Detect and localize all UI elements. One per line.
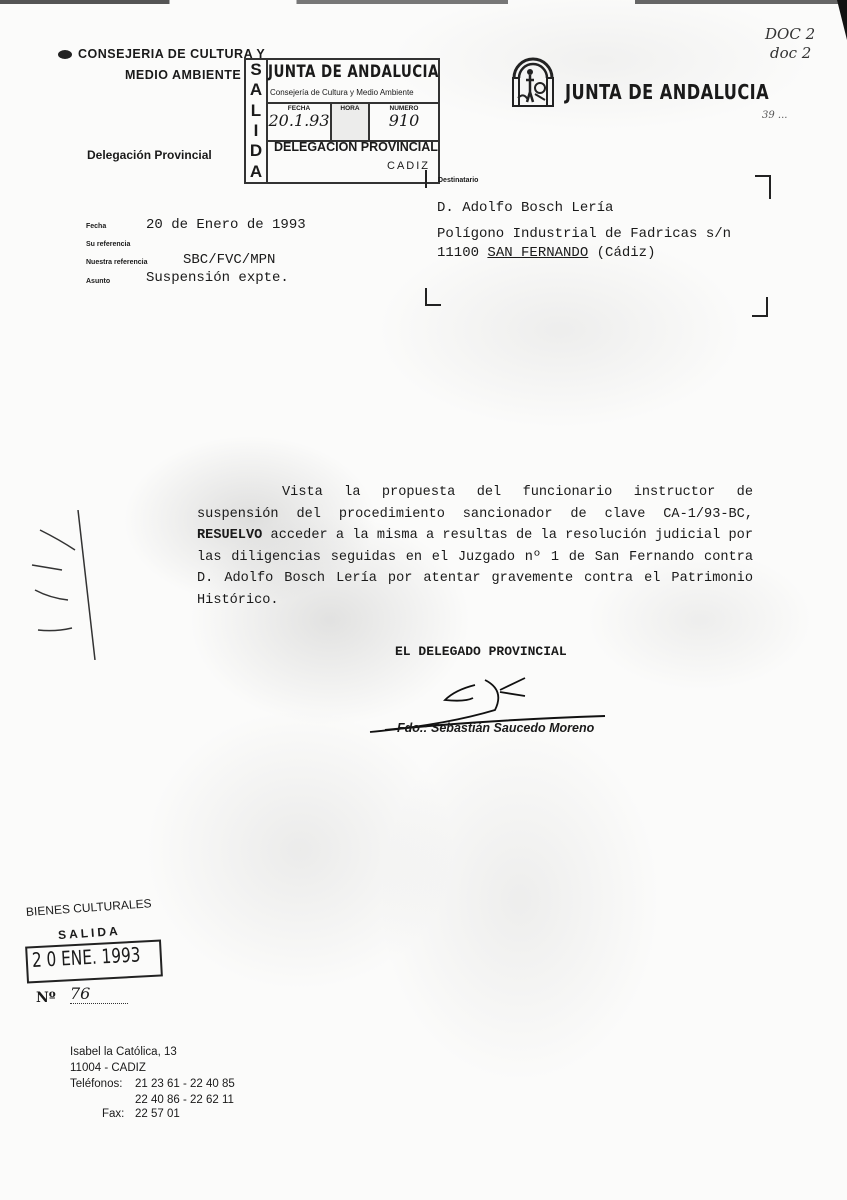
stamp-letter: I bbox=[254, 121, 259, 141]
our-reference-value: SBC/FVC/MPN bbox=[183, 252, 275, 268]
recipient-city-line: 11100 SAN FERNANDO (Cádiz) bbox=[437, 245, 655, 261]
registry-stamp-subtitle: SALIDA bbox=[58, 924, 121, 942]
stamp-letter: D bbox=[250, 141, 262, 161]
window-mark bbox=[425, 170, 427, 188]
scan-corner bbox=[837, 0, 847, 40]
recipient-province: (Cádiz) bbox=[597, 245, 656, 261]
our-reference-label: Nuestra referencia bbox=[86, 259, 147, 266]
body-text-end: acceder a la misma a resultas de la reso… bbox=[197, 528, 753, 608]
footer-phones-label: Teléfonos: bbox=[70, 1078, 122, 1090]
date-label: Fecha bbox=[86, 223, 106, 230]
ministry-text-1: CONSEJERIA DE CULTURA Y bbox=[78, 47, 265, 61]
brand-name: JUNTA DE ANDALUCIA bbox=[565, 80, 769, 104]
footer-phones-2: 22 40 86 - 22 62 11 bbox=[135, 1094, 234, 1106]
margin-scribble bbox=[20, 510, 100, 660]
ministry-line-1: CONSEJERIA DE CULTURA Y bbox=[58, 47, 265, 61]
stamp-field-numero: NUMERO 910 bbox=[370, 104, 438, 140]
footer-fax-label: Fax: bbox=[102, 1108, 124, 1120]
andalucia-coat-of-arms-icon bbox=[508, 44, 558, 110]
handwritten-note: doc 2 bbox=[770, 44, 811, 62]
postal-code: 11100 bbox=[437, 245, 479, 261]
stamp-letter: S bbox=[250, 60, 261, 80]
registry-number-label: Nº bbox=[36, 990, 56, 1006]
stamp-vertical-label: S A L I D A bbox=[246, 60, 268, 182]
handwritten-note: DOC 2 bbox=[765, 25, 815, 43]
field-label: HORA bbox=[332, 105, 368, 112]
recipient-address: Polígono Industrial de Fadricas s/n bbox=[437, 226, 731, 242]
body-paragraph: Vista la propuesta del funcionario instr… bbox=[197, 482, 753, 611]
scan-edge bbox=[0, 0, 847, 4]
registry-stamp-title: BIENES CULTURALES bbox=[26, 896, 152, 919]
stamp-city: CADIZ bbox=[387, 160, 430, 172]
stamp-fields: FECHA 20.1.93 HORA NUMERO 910 bbox=[268, 102, 438, 142]
signer-name: Fdo.: Sebastián Saucedo Moreno bbox=[397, 721, 594, 735]
footer-city: 11004 - CADIZ bbox=[70, 1062, 146, 1074]
window-mark bbox=[752, 297, 768, 317]
date-value: 20 de Enero de 1993 bbox=[146, 217, 306, 233]
registry-number-value: 76 bbox=[70, 984, 128, 1004]
signer-title: EL DELEGADO PROVINCIAL bbox=[395, 644, 567, 659]
window-mark bbox=[425, 288, 441, 306]
subject-value: Suspensión expte. bbox=[146, 270, 289, 286]
stamp-letter: L bbox=[251, 101, 261, 121]
field-value: 910 bbox=[370, 111, 438, 130]
office-name: Delegación Provincial bbox=[87, 148, 212, 162]
letter-body: Vista la propuesta del funcionario instr… bbox=[197, 482, 753, 611]
handwritten-note: 39 ... bbox=[762, 110, 787, 121]
recipient-label: Destinatario bbox=[438, 177, 478, 184]
body-text-start: Vista la propuesta del funcionario instr… bbox=[197, 485, 753, 522]
stamp-department: DELEGACION PROVINCIAL bbox=[274, 140, 438, 154]
footer-phones-1: 21 23 61 - 22 40 85 bbox=[135, 1078, 235, 1090]
ink-blot bbox=[58, 50, 72, 59]
footer-fax-value: 22 57 01 bbox=[135, 1108, 180, 1120]
exit-stamp: S A L I D A JUNTA DE ANDALUCIA Consejerí… bbox=[244, 58, 440, 184]
stamp-field-hora: HORA bbox=[332, 104, 370, 140]
ministry-line-2: MEDIO AMBIENTE bbox=[125, 68, 241, 82]
subject-label: Asunto bbox=[86, 278, 110, 285]
recipient-name: D. Adolfo Bosch Lería bbox=[437, 200, 613, 216]
footer-street: Isabel la Católica, 13 bbox=[70, 1046, 177, 1058]
body-keyword: RESUELVO bbox=[197, 528, 262, 543]
stamp-field-fecha: FECHA 20.1.93 bbox=[268, 104, 332, 140]
your-reference-label: Su referencia bbox=[86, 241, 130, 248]
stamp-letter: A bbox=[250, 162, 262, 182]
stamp-header: JUNTA DE ANDALUCIA bbox=[268, 62, 416, 82]
window-mark bbox=[755, 175, 771, 199]
field-value: 20.1.93 bbox=[268, 111, 330, 130]
stamp-subheader: Consejería de Cultura y Medio Ambiente bbox=[270, 88, 414, 97]
recipient-city: SAN FERNANDO bbox=[487, 245, 588, 261]
stamp-letter: A bbox=[250, 80, 262, 100]
